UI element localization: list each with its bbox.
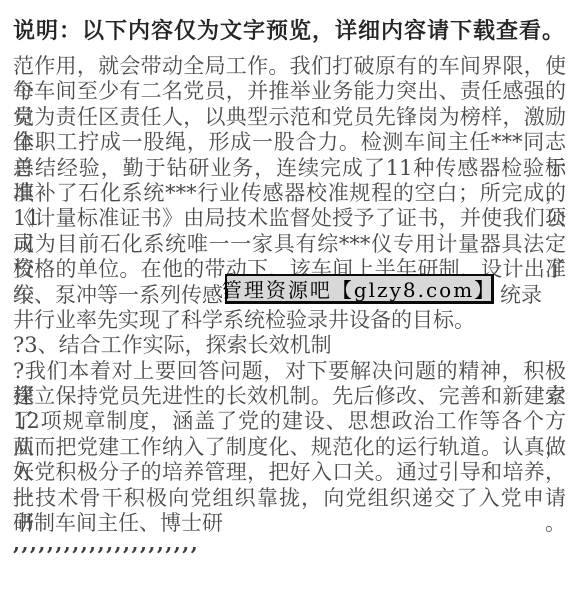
ellipsis-dots: ,,,,,,,,,,,,,,,,,,,,,, [13,531,199,555]
text-line: 填补了石化系统***行业传感器校准规程的空白；所完成的11项 [13,181,566,206]
preview-notice: 说明：以下内容仅为文字预览，详细内容请下载查看。 [13,14,573,45]
text-fragment-right: 统录 [500,283,542,308]
text-line: ?3、结合工作实际，探索长效机制 [13,333,566,358]
watermark-badge: 管理资源吧【glzy8.com】 [225,274,494,304]
document-preview-page: 说明：以下内容仅为文字预览，详细内容请下载查看。 范作用，就会带动全局工作。我们… [0,0,578,600]
text-line: 成为目前石化系统唯一一家具有综***仪专用计量器具法定校准 [13,232,566,257]
text-line: 个车间至少有二名党员，并推举业务能力突出、责任感强的党 [13,79,566,104]
ellipsis-line: ,,,,,,,,,,,,,,,,,,,,,, [13,536,566,561]
text-line: 范作用，就会带动全局工作。我们打破原有的车间界限，使每 [13,54,566,79]
text-line: 批技术骨干积极向党组织靠拢，向党组织递交了入党申请书。 [13,486,566,511]
text-line: 《计量标准证书》由局技术监督处授予了证书，并使我们公司 [13,206,566,231]
text-line: 从而把党建工作纳入了制度化、规范化的运行轨道。认真做好 [13,435,566,460]
text-line: 12项规章制度，涵盖了党的建设、思想政治工作等各个方面， [13,409,566,434]
text-line: ?我们本着对上要回答问题，对下要解决问题的精神，积极探索 [13,359,566,384]
text-fragment-left: 车、泵冲等一系列传感器 [13,283,244,307]
text-line: 入党积极分子的培养管理，把好入口关。通过引导和培养，一 [13,460,566,485]
text-line: 体职工拧成一股绳，形成一股合力。检测车间主任***同志善于 [13,130,566,155]
glzy8-watermark-text: 管理资源吧【glzy8.com】 [222,274,496,303]
text-line: 建立保持党员先进性的长效机制。先后修改、完善和新建立了 [13,384,566,409]
text-line: 总结经验，勤于钻研业务，连续完成了11种传感器检验标准， [13,156,566,181]
text-line: 井行业率先实现了科学系统检验录井设备的目标。 [13,308,566,333]
document-body-text: 范作用，就会带动全局工作。我们打破原有的车间界限，使每 个车间至少有二名党员，并… [13,54,566,562]
text-line: 员为责任区责任人，以典型示范和党员先锋岗为榜样，激励全 [13,105,566,130]
